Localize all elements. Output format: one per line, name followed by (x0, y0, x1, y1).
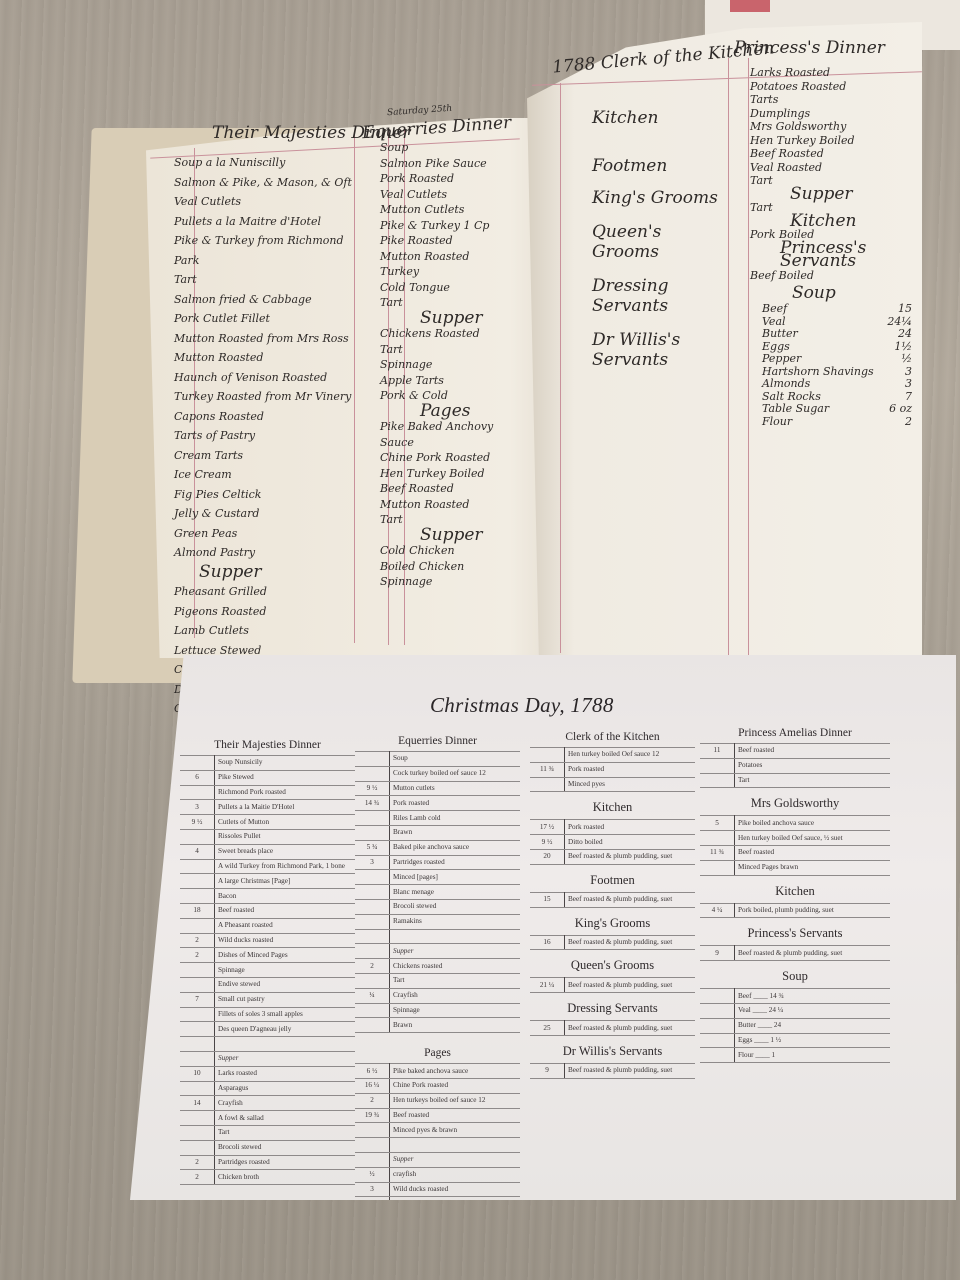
menu-table: Hen turkey boiled Oef sauce 1211 ¾Pork r… (530, 747, 695, 792)
menu-row: Riles Lamb cold (355, 811, 520, 826)
menu-row: Tart (180, 1125, 355, 1140)
menu-row: ¼Crayfish (355, 988, 520, 1003)
dish-cell: A large Christmas [Page] (215, 874, 356, 889)
quantity-cell (180, 1037, 215, 1052)
dish-cell: Supper (390, 944, 521, 959)
dish-cell: Beef ____ 14 ¾ (735, 989, 891, 1004)
menu-row: 10Larks roasted (180, 1066, 355, 1081)
section-title: Princess's Servants (700, 926, 890, 941)
menu-row: 2Chicken broth (180, 1170, 355, 1185)
menu-table: Beef ____ 14 ¾Veal ____ 24 ¼Butter ____ … (700, 988, 890, 1063)
menu-row: ½crayfish (355, 1167, 520, 1182)
quantity-cell (180, 874, 215, 889)
menu-row: Eggs ____ 1 ½ (700, 1033, 890, 1048)
quantity-cell: 2 (180, 1170, 215, 1185)
quantity-cell: 18 (180, 903, 215, 918)
dish-cell: Bacon (215, 889, 356, 904)
menu-row: Minced pyes (530, 777, 695, 792)
menu-row: 16Beef roasted & plumb pudding, suet (530, 935, 695, 950)
dish-cell: Crayfish (390, 988, 521, 1003)
card-column-2: Equerries DinnerSoupCock turkey boiled o… (355, 735, 520, 1212)
menu-row: 2Dishes of Minced Pages (180, 948, 355, 963)
menu-row: 3Wild ducks roasted (355, 1182, 520, 1197)
quantity-cell: 2 (355, 1093, 390, 1108)
dish-cell: Partridges roasted (390, 855, 521, 870)
quantity-cell (355, 899, 390, 914)
section-title: King's Grooms (530, 916, 695, 931)
quantity-cell (355, 929, 390, 944)
card-title: Christmas Day, 1788 (430, 693, 614, 718)
dish-cell: Chine Pork roasted (390, 1078, 521, 1093)
dish-cell: Soup (390, 752, 521, 767)
quantity-cell: 5 (700, 816, 735, 831)
menu-table: 11Beef roastedPotatoesTart (700, 743, 890, 788)
section-title: Dressing Servants (530, 1001, 695, 1016)
menu-row: Bacon (180, 889, 355, 904)
card-column-1: Their Majesties DinnerSoup Nunsicily6Pik… (180, 739, 355, 1185)
dish-cell: Minced Pages brawn (735, 860, 891, 875)
quantity-cell: 20 (530, 849, 565, 864)
quantity-cell: 14 (180, 1096, 215, 1111)
section-title: Kitchen (530, 800, 695, 815)
dish-cell: Cock turkey boiled oef sauce 12 (390, 766, 521, 781)
menu-row: Minced pyes & brawn (355, 1123, 520, 1138)
section-title: Soup (700, 969, 890, 984)
dish-cell: Wild ducks roasted (215, 933, 356, 948)
menu-row: Spinnage (180, 963, 355, 978)
dish-cell: Larks roasted (215, 1066, 356, 1081)
section-title: Kitchen (700, 884, 890, 899)
quantity-cell (700, 773, 735, 788)
handwritten-date: Saturday 25th (387, 104, 453, 119)
menu-row: 25Beef roasted & plumb pudding, suet (530, 1021, 695, 1036)
quantity-cell: 11 ¾ (700, 845, 735, 860)
menu-row: 4 ¼Pork boiled, plumb pudding, suet (700, 903, 890, 918)
menu-table: 4 ¼Pork boiled, plumb pudding, suet (700, 903, 890, 919)
quantity-cell (355, 752, 390, 767)
menu-table: 16Beef roasted & plumb pudding, suet (530, 935, 695, 951)
ledger-column-rule (748, 58, 749, 658)
dish-cell: Butter ____ 24 (735, 1018, 891, 1033)
menu-row: Beef ____ 14 ¾ (700, 989, 890, 1004)
section-title: Clerk of the Kitchen (530, 731, 695, 743)
dish-cell: Pork roasted (390, 796, 521, 811)
dish-cell: Asparagus (215, 1081, 356, 1096)
quantity-cell (180, 1140, 215, 1155)
menu-row: 11 ¾Beef roasted (700, 845, 890, 860)
quantity-cell (180, 918, 215, 933)
quantity-cell: 9 (700, 946, 735, 961)
dish-cell: Brocoli stewed (390, 899, 521, 914)
dish-cell: Tart (215, 1125, 356, 1140)
quantity-cell: 14 ¾ (355, 796, 390, 811)
menu-row: 14 ¾Pork roasted (355, 796, 520, 811)
dish-cell: Beef roasted & plumb pudding, suet (565, 978, 696, 993)
quantity-cell: 19 ¾ (355, 1108, 390, 1123)
menu-row: Minced [pages] (355, 870, 520, 885)
ledger-column-rule (728, 58, 729, 658)
dish-cell: Beef roasted (215, 903, 356, 918)
dish-cell: Chickens roasted (390, 959, 521, 974)
menu-row: 21 ¼Beef roasted & plumb pudding, suet (530, 978, 695, 993)
menu-row: Minced Pages brawn (700, 860, 890, 875)
quantity-cell: 4 ¼ (700, 903, 735, 918)
dish-cell: Veal ____ 24 ¼ (735, 1003, 891, 1018)
quantity-cell: ¼ (355, 988, 390, 1003)
dish-cell: Tart (390, 973, 521, 988)
menu-row: A large Christmas [Page] (180, 874, 355, 889)
section-title: Mrs Goldsworthy (700, 796, 890, 811)
menu-row: 11 ¾Pork roasted (530, 762, 695, 777)
menu-row: Fillets of soles 3 small apples (180, 1007, 355, 1022)
menu-row: A fowl & sallad (180, 1111, 355, 1126)
menu-row: 15Beef roasted & plumb pudding, suet (530, 892, 695, 907)
soup-ingredient-list: Beef15 Veal24¼ Butter24 Eggs1½ Pepper½ H… (762, 303, 912, 428)
quantity-cell (700, 831, 735, 846)
quantity-cell: 9 ½ (530, 835, 565, 850)
dish-cell: Chicken broth (215, 1170, 356, 1185)
quantity-cell: 17 ½ (530, 820, 565, 835)
menu-row: 5 ¾Baked pike anchova sauce (355, 840, 520, 855)
quantity-cell (700, 758, 735, 773)
handwritten-list: Soup a la Nuniscilly Salmon & Pike, & Ma… (174, 153, 354, 719)
quantity-cell: 6 (180, 770, 215, 785)
menu-row (355, 929, 520, 944)
menu-table: SoupCock turkey boiled oef sauce 129 ½Mu… (355, 751, 520, 1033)
menu-row: 2Wild ducks roasted (180, 933, 355, 948)
dish-cell: Beef roasted & plumb pudding, suet (565, 1063, 696, 1078)
section-title: Footmen (530, 873, 695, 888)
quantity-cell: ½ (355, 1167, 390, 1182)
dish-cell: Spinnage (390, 1003, 521, 1018)
menu-row: Supper (355, 944, 520, 959)
quantity-cell (700, 989, 735, 1004)
quantity-cell (180, 829, 215, 844)
dish-cell: Pike baked anchova sauce (390, 1064, 521, 1079)
menu-row: Des queen D'agneau jelly (180, 1022, 355, 1037)
ledger-column-rule (560, 83, 561, 653)
menu-row: Supper (180, 1051, 355, 1066)
dish-cell: Beef roasted & plumb pudding, suet (565, 935, 696, 950)
quantity-cell (700, 1003, 735, 1018)
menu-row: 2Partridges roasted (180, 1155, 355, 1170)
menu-row: 6Pike Stewed (180, 770, 355, 785)
dish-cell: Small cut pastry (215, 992, 356, 1007)
quantity-cell (355, 870, 390, 885)
menu-row: Soup Nunsicily (180, 756, 355, 771)
quantity-cell: 3 (355, 855, 390, 870)
quantity-cell: 16 ¼ (355, 1078, 390, 1093)
quantity-cell: 7 (180, 992, 215, 1007)
quantity-cell: 2 (355, 959, 390, 974)
quantity-cell (180, 785, 215, 800)
quantity-cell (530, 748, 565, 763)
quantity-cell (700, 1033, 735, 1048)
menu-row: 3Pullets a la Maitie D'Hotel (180, 800, 355, 815)
menu-row: 6 ½Pike baked anchova sauce (355, 1064, 520, 1079)
quantity-cell: 2 (180, 948, 215, 963)
dish-cell: Pork roasted (565, 762, 696, 777)
quantity-cell: 6 ½ (355, 1064, 390, 1079)
quantity-cell: 11 ¾ (530, 762, 565, 777)
dish-cell: Tart (735, 773, 891, 788)
dish-cell: Sweet breads place (215, 844, 356, 859)
quantity-cell (355, 1138, 390, 1153)
quantity-cell (355, 1003, 390, 1018)
menu-row: 17 ½Pork roasted (530, 820, 695, 835)
dish-cell: Ditto boiled (565, 835, 696, 850)
dish-cell: Endive stewed (215, 977, 356, 992)
dish-cell (215, 1037, 356, 1052)
quantity-cell (355, 914, 390, 929)
menu-row: Hen turkey boiled Oef sauce, ½ suet (700, 831, 890, 846)
menu-row: Asparagus (180, 1081, 355, 1096)
quantity-cell: 4 (180, 844, 215, 859)
menu-table: 15Beef roasted & plumb pudding, suet (530, 892, 695, 908)
menu-row: 18Beef roasted (180, 903, 355, 918)
quantity-cell: 3 (180, 800, 215, 815)
menu-row: 9 ½Cutlets of Mutton (180, 815, 355, 830)
quantity-cell: 9 ½ (355, 781, 390, 796)
quantity-cell (355, 1152, 390, 1167)
menu-row: Brawn (355, 825, 520, 840)
dish-cell: Pike boiled anchova sauce (735, 816, 891, 831)
dish-cell: A fowl & sallad (215, 1111, 356, 1126)
menu-table: 6 ½Pike baked anchova sauce16 ¼Chine Por… (355, 1063, 520, 1212)
quantity-cell (180, 1007, 215, 1022)
dish-cell: Pike Stewed (215, 770, 356, 785)
menu-row: Brawn (355, 1018, 520, 1033)
dish-cell: Richmond Pork roasted (215, 785, 356, 800)
dish-cell: Crayfish (215, 1096, 356, 1111)
dish-cell: Rissoles Pullet (215, 829, 356, 844)
dish-cell: Soup Nunsicily (215, 756, 356, 771)
dish-cell: Riles Lamb cold (390, 811, 521, 826)
dish-cell: Flour ____ 1 (735, 1048, 891, 1063)
dish-cell: Pullets a la Maitie D'Hotel (215, 800, 356, 815)
menu-row: Flour ____ 1 (700, 1048, 890, 1063)
quantity-cell (355, 825, 390, 840)
menu-row: 9 ½Mutton cutlets (355, 781, 520, 796)
quantity-cell (700, 1048, 735, 1063)
quantity-cell: 11 (700, 744, 735, 759)
dish-cell: Des queen D'agneau jelly (215, 1022, 356, 1037)
menu-row: 7Small cut pastry (180, 992, 355, 1007)
menu-row: Richmond Pork roasted (180, 785, 355, 800)
dish-cell: Beef roasted & plumb pudding, suet (565, 892, 696, 907)
quantity-cell (355, 944, 390, 959)
dish-cell: Pork roasted (565, 820, 696, 835)
dish-cell (390, 1138, 521, 1153)
dish-cell: Partridges roasted (215, 1155, 356, 1170)
quantity-cell: 10 (180, 1066, 215, 1081)
menu-row: 19 ¾Beef roasted (355, 1108, 520, 1123)
dish-cell: Pork boiled, plumb pudding, suet (735, 903, 891, 918)
dish-cell: Baked pike anchova sauce (390, 840, 521, 855)
open-ledger-book: Their Majesties Dinner Soup a la Nunisci… (82, 18, 922, 668)
menu-row: Tart (700, 773, 890, 788)
card-column-3: Clerk of the KitchenHen turkey boiled Oe… (530, 731, 695, 1079)
quantity-cell: 16 (530, 935, 565, 950)
quantity-cell: 9 (530, 1063, 565, 1078)
quantity-cell (530, 777, 565, 792)
menu-table: Soup Nunsicily6Pike StewedRichmond Pork … (180, 755, 355, 1185)
menu-row: 9Beef roasted & plumb pudding, suet (530, 1063, 695, 1078)
section-title: Dr Willis's Servants (530, 1044, 695, 1059)
postage-stamp (730, 0, 770, 12)
quantity-cell (180, 756, 215, 771)
menu-row: Tart (355, 973, 520, 988)
dish-cell: Beef roasted & plumb pudding, suet (735, 946, 891, 961)
quantity-cell (180, 1111, 215, 1126)
dish-cell: Blanc menage (390, 885, 521, 900)
dish-cell: Ramakins (390, 914, 521, 929)
dish-cell: Wild ducks roasted (390, 1182, 521, 1197)
transcription-card: Christmas Day, 1788 Their Majesties Dinn… (130, 655, 956, 1200)
menu-row: A Pheasant roasted (180, 918, 355, 933)
dish-cell: Fillets of soles 3 small apples (215, 1007, 356, 1022)
dish-cell: Beef roasted (735, 744, 891, 759)
dish-cell: Hen turkey boiled Oef sauce 12 (565, 748, 696, 763)
menu-row: Cock turkey boiled oef sauce 12 (355, 766, 520, 781)
menu-row: 9Beef roasted & plumb pudding, suet (700, 946, 890, 961)
quantity-cell: 9 ½ (180, 815, 215, 830)
menu-row: Butter ____ 24 (700, 1018, 890, 1033)
dish-cell: Brocoli stewed (215, 1140, 356, 1155)
card-column-4: Princess Amelias Dinner11Beef roastedPot… (700, 727, 890, 1063)
dish-cell: Hen turkeys boiled oef sauce 12 (390, 1093, 521, 1108)
menu-row: Veal ____ 24 ¼ (700, 1003, 890, 1018)
dish-cell: A wild Turkey from Richmond Park, 1 bone (215, 859, 356, 874)
section-title: Queen's Grooms (530, 958, 695, 973)
menu-row: Spinnage (355, 1003, 520, 1018)
quantity-cell (700, 860, 735, 875)
dish-cell: Potatoes (735, 758, 891, 773)
menu-row: Ramakins (355, 914, 520, 929)
quantity-cell (355, 1018, 390, 1033)
dish-cell: Supper (215, 1051, 356, 1066)
menu-row: 5Pike boiled anchova sauce (700, 816, 890, 831)
soup-heading: Soup (792, 283, 836, 303)
menu-row: Brocoli stewed (180, 1140, 355, 1155)
dish-cell: Brawn (390, 825, 521, 840)
dish-cell: Brawn (390, 1018, 521, 1033)
menu-row: Supper (355, 1152, 520, 1167)
menu-row: 14Crayfish (180, 1096, 355, 1111)
menu-row: A wild Turkey from Richmond Park, 1 bone (180, 859, 355, 874)
menu-row: 4Sweet breads place (180, 844, 355, 859)
quantity-cell: 2 (180, 1155, 215, 1170)
dish-cell: Mutton cutlets (390, 781, 521, 796)
menu-row: 9 ½Ditto boiled (530, 835, 695, 850)
dish-cell: Beef roasted & plumb pudding, suet (565, 1021, 696, 1036)
dish-cell: crayfish (390, 1167, 521, 1182)
handwritten-list: Kitchen Footmen King's Grooms Queen's Gr… (562, 98, 722, 370)
quantity-cell (180, 1051, 215, 1066)
section-title: Equerries Dinner (355, 735, 520, 747)
menu-row: 20Beef roasted & plumb pudding, suet (530, 849, 695, 864)
quantity-cell (180, 1022, 215, 1037)
dish-cell: Beef roasted (390, 1108, 521, 1123)
dish-cell: Minced pyes (565, 777, 696, 792)
dish-cell: A Pheasant roasted (215, 918, 356, 933)
ledger-column-rule (354, 133, 355, 643)
menu-row: Endive stewed (180, 977, 355, 992)
menu-table: 25Beef roasted & plumb pudding, suet (530, 1020, 695, 1036)
menu-row: Rissoles Pullet (180, 829, 355, 844)
quantity-cell (180, 1081, 215, 1096)
menu-table: 5Pike boiled anchova sauceHen turkey boi… (700, 815, 890, 875)
dish-cell: Hen turkey boiled Oef sauce, ½ suet (735, 831, 891, 846)
menu-table: 17 ½Pork roasted9 ½Ditto boiled20Beef ro… (530, 819, 695, 864)
quantity-cell (355, 1123, 390, 1138)
quantity-cell: 21 ¼ (530, 978, 565, 993)
dish-cell: Eggs ____ 1 ½ (735, 1033, 891, 1048)
menu-row: 3Partridges roasted (355, 855, 520, 870)
menu-row: 2Chickens roasted (355, 959, 520, 974)
menu-table: 9Beef roasted & plumb pudding, suet (700, 945, 890, 961)
section-title: Their Majesties Dinner (180, 739, 355, 751)
quantity-cell (700, 1018, 735, 1033)
menu-row (355, 1138, 520, 1153)
menu-table: 21 ¼Beef roasted & plumb pudding, suet (530, 977, 695, 993)
handwritten-heading: Princess's Dinner (734, 38, 885, 58)
quantity-cell: 5 ¾ (355, 840, 390, 855)
dish-cell: Minced [pages] (390, 870, 521, 885)
quantity-cell: 3 (355, 1182, 390, 1197)
menu-row: 2Hen turkeys boiled oef sauce 12 (355, 1093, 520, 1108)
quantity-cell (355, 973, 390, 988)
dish-cell: Minced pyes & brawn (390, 1123, 521, 1138)
section-title: Princess Amelias Dinner (700, 727, 890, 739)
menu-row: Hen turkey boiled Oef sauce 12 (530, 748, 695, 763)
dish-cell: Beef roasted (735, 845, 891, 860)
quantity-cell (180, 977, 215, 992)
quantity-cell (180, 859, 215, 874)
menu-row (180, 1037, 355, 1052)
handwritten-list: Soup Salmon Pike Sauce Pork Roasted Veal… (380, 140, 520, 590)
handwritten-list: Larks Roasted Potatoes Roasted Tarts Dum… (750, 66, 910, 282)
dish-cell: Cutlets of Mutton (215, 815, 356, 830)
dish-cell: Beef roasted & plumb pudding, suet (565, 849, 696, 864)
quantity-cell: 15 (530, 892, 565, 907)
menu-row: Brocoli stewed (355, 899, 520, 914)
menu-row: Blanc menage (355, 885, 520, 900)
dish-cell (390, 929, 521, 944)
quantity-cell (355, 811, 390, 826)
menu-row: 11Beef roasted (700, 744, 890, 759)
menu-row: Soup (355, 752, 520, 767)
quantity-cell (180, 889, 215, 904)
menu-row: 16 ¼Chine Pork roasted (355, 1078, 520, 1093)
dish-cell: Supper (390, 1152, 521, 1167)
section-title: Pages (355, 1047, 520, 1059)
quantity-cell (180, 1125, 215, 1140)
quantity-cell: 25 (530, 1021, 565, 1036)
quantity-cell (355, 766, 390, 781)
menu-row: Potatoes (700, 758, 890, 773)
dish-cell: Dishes of Minced Pages (215, 948, 356, 963)
quantity-cell: 2 (180, 933, 215, 948)
quantity-cell (180, 963, 215, 978)
quantity-cell (355, 885, 390, 900)
dish-cell: Spinnage (215, 963, 356, 978)
menu-table: 9Beef roasted & plumb pudding, suet (530, 1063, 695, 1079)
